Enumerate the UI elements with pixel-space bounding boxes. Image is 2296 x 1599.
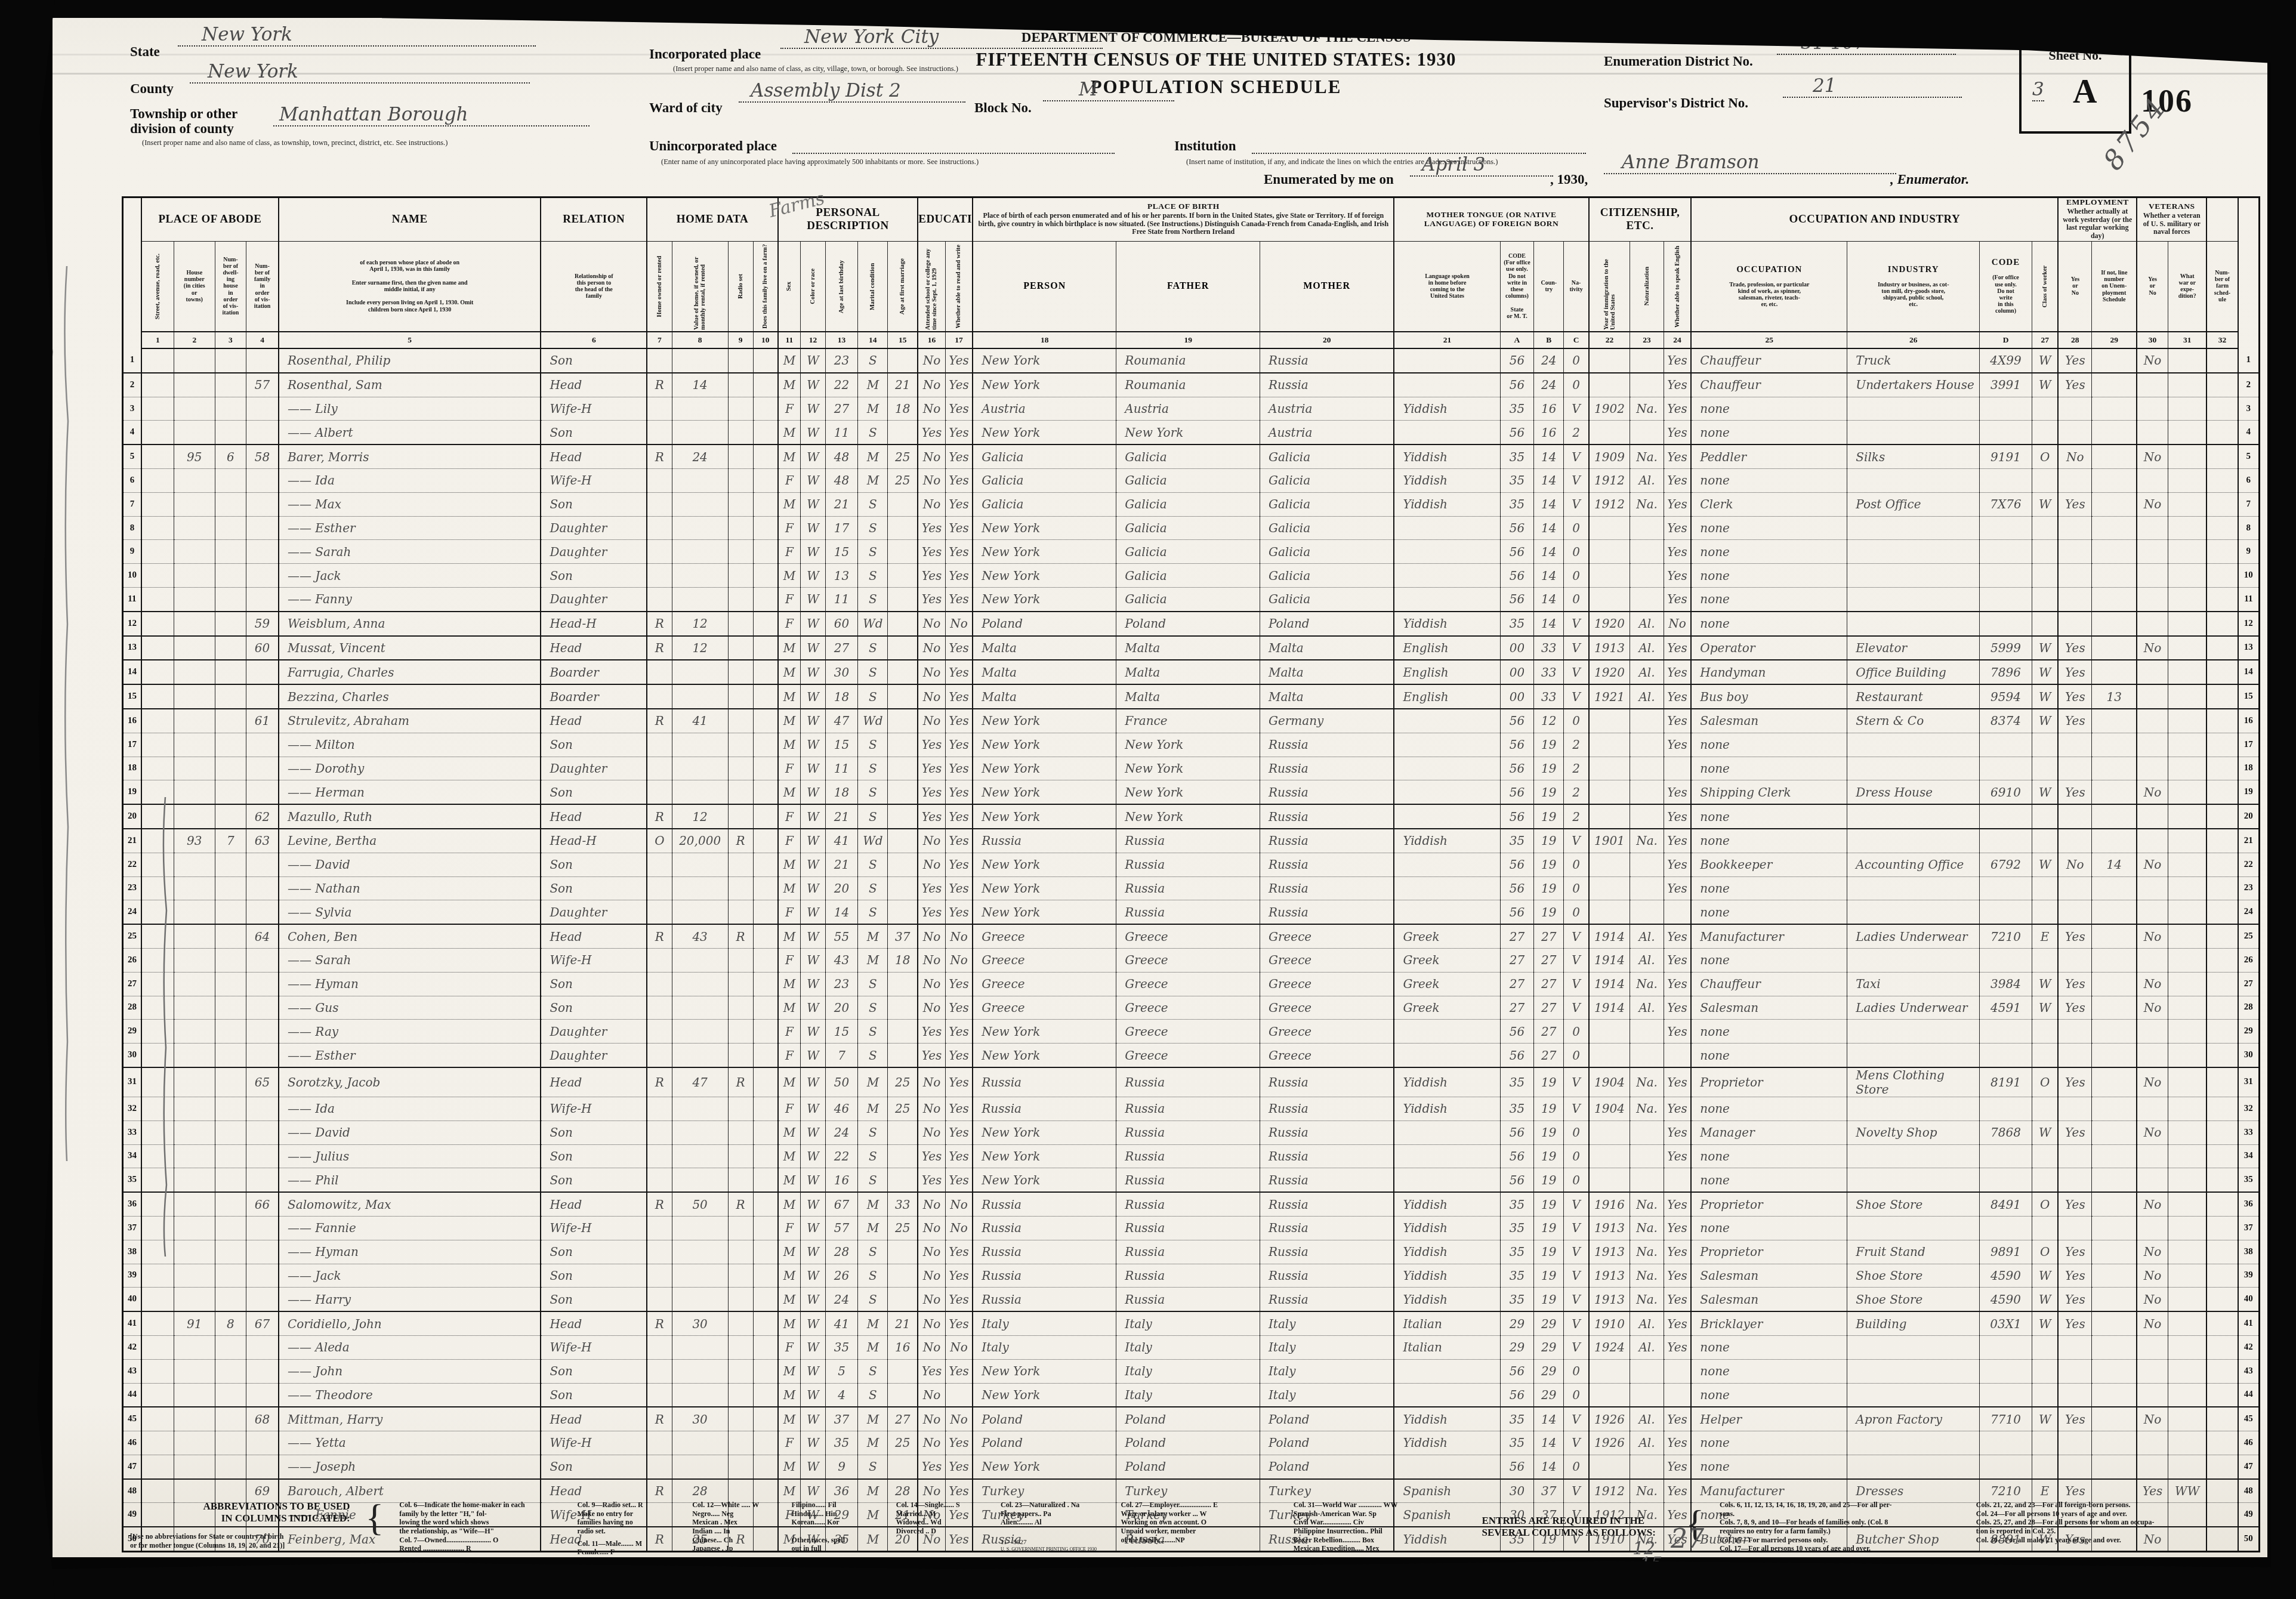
cell-col24 bbox=[1664, 900, 1691, 924]
cell-col24: Yes bbox=[1664, 829, 1691, 853]
cell-col11: M bbox=[778, 924, 801, 948]
cell-col13: 50 bbox=[825, 1067, 857, 1097]
cell-col24: Yes bbox=[1664, 1311, 1691, 1335]
enumerator-name: Anne Bramson bbox=[1604, 152, 1896, 174]
cell-col31 bbox=[2168, 373, 2206, 397]
cell-colA: 56 bbox=[1500, 853, 1533, 876]
cell-col24: Yes bbox=[1664, 1335, 1691, 1359]
column-group-header: EDUCATION bbox=[918, 197, 973, 242]
cell-colC: 0 bbox=[1564, 1455, 1589, 1478]
cell-col4 bbox=[246, 397, 279, 421]
cell-col32 bbox=[2206, 996, 2238, 1020]
line-number: 43 bbox=[123, 1359, 141, 1383]
cell-col4 bbox=[246, 1359, 279, 1383]
cell-col16: No bbox=[918, 1431, 945, 1455]
cell-col21: Yiddish bbox=[1394, 829, 1500, 853]
cell-colB: 19 bbox=[1534, 1144, 1564, 1168]
cell-col10 bbox=[753, 1192, 778, 1216]
cell-col25: none bbox=[1691, 397, 1847, 421]
line-number: 2 bbox=[123, 373, 141, 397]
line-number: 19 bbox=[123, 780, 141, 804]
cell-col19: Greece bbox=[1116, 972, 1260, 996]
cell-col9 bbox=[728, 564, 753, 588]
cell-col8: 28 bbox=[672, 1479, 728, 1503]
col-number-8: 8 bbox=[672, 332, 728, 348]
cell-col30: No bbox=[2137, 1192, 2168, 1216]
col-header-7: Home owned or rented bbox=[647, 242, 672, 332]
cell-colC: 0 bbox=[1564, 1168, 1589, 1192]
cell-col10 bbox=[753, 1168, 778, 1192]
cell-col7: R bbox=[647, 1192, 672, 1216]
cell-col2 bbox=[174, 972, 215, 996]
line-number: 28 bbox=[2238, 996, 2260, 1020]
cell-col19: Roumania bbox=[1116, 373, 1260, 397]
cell-colB: 19 bbox=[1534, 1264, 1564, 1288]
cell-col4 bbox=[246, 660, 279, 684]
cell-col17: Yes bbox=[945, 972, 973, 996]
cell-col29 bbox=[2092, 733, 2137, 757]
cell-col1 bbox=[141, 373, 174, 397]
line-number: 47 bbox=[2238, 1455, 2260, 1478]
cell-col25: Manufacturer bbox=[1691, 1479, 1847, 1503]
cell-col13: 28 bbox=[825, 1240, 857, 1264]
cell-col18: New York bbox=[973, 1044, 1116, 1067]
cell-col2 bbox=[174, 1335, 215, 1359]
cell-col2 bbox=[174, 1044, 215, 1067]
cell-col15 bbox=[888, 876, 918, 900]
line-number: 9 bbox=[2238, 540, 2260, 564]
cell-col21 bbox=[1394, 900, 1500, 924]
cell-col29 bbox=[2092, 1192, 2137, 1216]
cell-col16: Yes bbox=[918, 804, 945, 829]
cell-col6: Son bbox=[541, 1359, 647, 1383]
cell-colD bbox=[1980, 612, 2032, 636]
cell-colD bbox=[1980, 876, 2032, 900]
cell-col22 bbox=[1589, 1383, 1630, 1407]
cell-col4 bbox=[246, 900, 279, 924]
cell-col25: none bbox=[1691, 516, 1847, 540]
cell-col9 bbox=[728, 1431, 753, 1455]
cell-col12: W bbox=[801, 684, 826, 709]
line-number: 37 bbox=[2238, 1216, 2260, 1240]
cell-col13: 30 bbox=[825, 660, 857, 684]
cell-col15 bbox=[888, 636, 918, 660]
cell-colC: 0 bbox=[1564, 348, 1589, 373]
cell-col7 bbox=[647, 684, 672, 709]
line-number: 44 bbox=[2238, 1383, 2260, 1407]
cell-col21 bbox=[1394, 804, 1500, 829]
cell-col7 bbox=[647, 564, 672, 588]
table-row: 32—— IdaWife-HFW46M25NoYesRussiaRussiaRu… bbox=[123, 1097, 2260, 1120]
col-header-8: Value of home, if owned, or monthly rent… bbox=[672, 242, 728, 332]
cell-col20: Greece bbox=[1260, 996, 1394, 1020]
cell-col27 bbox=[2032, 1455, 2058, 1478]
cell-colB: 19 bbox=[1534, 1288, 1564, 1311]
cell-col18: New York bbox=[973, 1359, 1116, 1383]
cell-col26 bbox=[1847, 1383, 1980, 1407]
cell-col15 bbox=[888, 1020, 918, 1044]
cell-col30 bbox=[2137, 1359, 2168, 1383]
cell-col31 bbox=[2168, 397, 2206, 421]
cell-col31 bbox=[2168, 757, 2206, 780]
cell-col22 bbox=[1589, 1020, 1630, 1044]
cell-colA: 56 bbox=[1500, 348, 1533, 373]
cell-col6: Son bbox=[541, 1264, 647, 1288]
cell-col16: Yes bbox=[918, 1144, 945, 1168]
cell-col26 bbox=[1847, 948, 1980, 972]
table-row: 29—— RayDaughterFW15SYesYesNew YorkGreec… bbox=[123, 1020, 2260, 1044]
table-row: 595658Barer, MorrisHeadR24MW48M25NoYesGa… bbox=[123, 444, 2260, 468]
cell-col11: M bbox=[778, 1264, 801, 1288]
cell-col9 bbox=[728, 1097, 753, 1120]
cell-col18: New York bbox=[973, 1383, 1116, 1407]
cell-colB: 19 bbox=[1534, 900, 1564, 924]
cell-col8: 50 bbox=[672, 1192, 728, 1216]
line-number: 13 bbox=[123, 636, 141, 660]
scan-border-right bbox=[2271, 0, 2296, 1599]
cell-col15 bbox=[888, 516, 918, 540]
cell-col21 bbox=[1394, 1383, 1500, 1407]
cell-col26 bbox=[1847, 1359, 1980, 1383]
cell-col3 bbox=[215, 1044, 246, 1067]
cell-colB: 14 bbox=[1534, 469, 1564, 493]
cell-colC: 2 bbox=[1564, 804, 1589, 829]
cell-col2 bbox=[174, 1168, 215, 1192]
cell-col17: Yes bbox=[945, 1144, 973, 1168]
cell-col4 bbox=[246, 540, 279, 564]
sheet-letter: A bbox=[2073, 73, 2097, 111]
cell-col2 bbox=[174, 1020, 215, 1044]
cell-col4: 63 bbox=[246, 829, 279, 853]
cell-colB: 19 bbox=[1534, 876, 1564, 900]
cell-col26: Office Building bbox=[1847, 660, 1980, 684]
cell-col13: 15 bbox=[825, 540, 857, 564]
cell-col6: Son bbox=[541, 564, 647, 588]
cell-col22: 1920 bbox=[1589, 660, 1630, 684]
cell-col5: Barouch, Albert bbox=[279, 1479, 541, 1503]
cell-col29 bbox=[2092, 972, 2137, 996]
cell-col5: Rosenthal, Sam bbox=[279, 373, 541, 397]
cell-col4 bbox=[246, 972, 279, 996]
cell-col11: M bbox=[778, 373, 801, 397]
cell-col29 bbox=[2092, 709, 2137, 733]
cell-col4: 57 bbox=[246, 373, 279, 397]
col-header-12: Color or race bbox=[801, 242, 826, 332]
col-header-D: CODE (For office use only. Do not write … bbox=[1980, 242, 2032, 332]
cell-col29 bbox=[2092, 757, 2137, 780]
cell-col22: 1924 bbox=[1589, 1335, 1630, 1359]
col-number-2: 2 bbox=[174, 332, 215, 348]
cell-col1 bbox=[141, 1479, 174, 1503]
cell-col24: Yes bbox=[1664, 421, 1691, 444]
col-number-B: B bbox=[1534, 332, 1564, 348]
cell-col8 bbox=[672, 348, 728, 373]
cell-col32 bbox=[2206, 492, 2238, 516]
cell-colA: 35 bbox=[1500, 444, 1533, 468]
cell-col11: M bbox=[778, 1240, 801, 1264]
cell-col4: 66 bbox=[246, 1192, 279, 1216]
cell-col18: Russia bbox=[973, 1097, 1116, 1120]
cell-col9 bbox=[728, 1264, 753, 1288]
cell-col30: No bbox=[2137, 1288, 2168, 1311]
cell-col27: W bbox=[2032, 348, 2058, 373]
cell-col7 bbox=[647, 972, 672, 996]
cell-col13: 36 bbox=[825, 1479, 857, 1503]
cell-col16: Yes bbox=[918, 516, 945, 540]
cell-col32 bbox=[2206, 1044, 2238, 1067]
cell-col32 bbox=[2206, 1240, 2238, 1264]
cell-col26 bbox=[1847, 540, 1980, 564]
cell-col11: M bbox=[778, 348, 801, 373]
col-number-32: 32 bbox=[2206, 332, 2238, 348]
cell-col28 bbox=[2058, 1335, 2091, 1359]
cell-col12: W bbox=[801, 853, 826, 876]
col-header-29: If not, line number on Unem- ployment Sc… bbox=[2092, 242, 2137, 332]
cell-col32 bbox=[2206, 469, 2238, 493]
cell-col29 bbox=[2092, 1335, 2137, 1359]
cell-col30 bbox=[2137, 421, 2168, 444]
cell-colC: V bbox=[1564, 996, 1589, 1020]
cell-col3: 6 bbox=[215, 444, 246, 468]
cell-col30 bbox=[2137, 1044, 2168, 1067]
legend-col14: Col. 14—Single...... S Married... M Wido… bbox=[896, 1501, 985, 1536]
cell-colC: V bbox=[1564, 972, 1589, 996]
cell-colA: 29 bbox=[1500, 1311, 1533, 1335]
cell-col28: Yes bbox=[2058, 492, 2091, 516]
cell-col24: Yes bbox=[1664, 660, 1691, 684]
cell-col19: Russia bbox=[1116, 900, 1260, 924]
cell-col19: Italy bbox=[1116, 1311, 1260, 1335]
cell-col21 bbox=[1394, 1120, 1500, 1144]
cell-col22: 1914 bbox=[1589, 972, 1630, 996]
cell-col15 bbox=[888, 1044, 918, 1067]
cell-col13: 7 bbox=[825, 1044, 857, 1067]
cell-col6: Head bbox=[541, 804, 647, 829]
table-row: 26—— SarahWife-HFW43M18NoNoGreeceGreeceG… bbox=[123, 948, 2260, 972]
line-number: 14 bbox=[123, 660, 141, 684]
cell-colB: 16 bbox=[1534, 421, 1564, 444]
cell-col32 bbox=[2206, 900, 2238, 924]
cell-col29 bbox=[2092, 348, 2137, 373]
cell-colD: 5999 bbox=[1980, 636, 2032, 660]
cell-col13: 21 bbox=[825, 492, 857, 516]
legend-col27: Col. 27—Employer.................. E Wag… bbox=[1121, 1501, 1278, 1544]
cell-col15 bbox=[888, 972, 918, 996]
cell-col8: 12 bbox=[672, 804, 728, 829]
scan-border-bottom bbox=[0, 1558, 2296, 1599]
cell-colC: 0 bbox=[1564, 1359, 1589, 1383]
ward-value: Assembly Dist 2 bbox=[739, 80, 965, 103]
cell-col5: —— Lily bbox=[279, 397, 541, 421]
cell-col16: No bbox=[918, 348, 945, 373]
cell-col15 bbox=[888, 1288, 918, 1311]
cell-col8 bbox=[672, 684, 728, 709]
cell-col31 bbox=[2168, 1288, 2206, 1311]
cell-col18: Italy bbox=[973, 1311, 1116, 1335]
cell-colC: V bbox=[1564, 444, 1589, 468]
cell-colD bbox=[1980, 516, 2032, 540]
cell-colB: 37 bbox=[1534, 1479, 1564, 1503]
cell-col8 bbox=[672, 397, 728, 421]
col-number-1: 1 bbox=[141, 332, 174, 348]
line-number: 12 bbox=[2238, 612, 2260, 636]
line-number: 30 bbox=[123, 1044, 141, 1067]
cell-col19: Greece bbox=[1116, 948, 1260, 972]
cell-col2 bbox=[174, 1479, 215, 1503]
gpo-imprint: U. S. GOVERNMENT PRINTING OFFICE 1930 bbox=[1001, 1546, 1106, 1552]
cell-colB: 29 bbox=[1534, 1359, 1564, 1383]
cell-col15 bbox=[888, 1359, 918, 1383]
cell-col30 bbox=[2137, 900, 2168, 924]
cell-col12: W bbox=[801, 1192, 826, 1216]
cell-col9: R bbox=[728, 924, 753, 948]
col-number-30: 30 bbox=[2137, 332, 2168, 348]
cell-col6: Daughter bbox=[541, 757, 647, 780]
cell-col9 bbox=[728, 1044, 753, 1067]
cell-col3 bbox=[215, 757, 246, 780]
col-header-22: Year of immigration to the United States bbox=[1589, 242, 1630, 332]
enumerator-suffix: , Enumerator. bbox=[1890, 172, 1969, 187]
cell-col25: Proprietor bbox=[1691, 1192, 1847, 1216]
cell-colD: 4X99 bbox=[1980, 348, 2032, 373]
cell-col21: Italian bbox=[1394, 1335, 1500, 1359]
cell-col11: M bbox=[778, 1144, 801, 1168]
cell-col22 bbox=[1589, 1168, 1630, 1192]
cell-col13: 55 bbox=[825, 924, 857, 948]
cell-col4: 58 bbox=[246, 444, 279, 468]
cell-col16: No bbox=[918, 972, 945, 996]
cell-col2 bbox=[174, 1120, 215, 1144]
cell-col20: Italy bbox=[1260, 1383, 1394, 1407]
cell-col23 bbox=[1630, 564, 1664, 588]
cell-col10 bbox=[753, 948, 778, 972]
cell-col27 bbox=[2032, 876, 2058, 900]
cell-col18: New York bbox=[973, 516, 1116, 540]
cell-col11: M bbox=[778, 1288, 801, 1311]
col-header-15: Age at first marriage bbox=[888, 242, 918, 332]
table-row: 33—— DavidSonMW24SNoYesNew YorkRussiaRus… bbox=[123, 1120, 2260, 1144]
cell-col11: F bbox=[778, 1097, 801, 1120]
cell-col31 bbox=[2168, 709, 2206, 733]
cell-col26 bbox=[1847, 1431, 1980, 1455]
cell-col28 bbox=[2058, 1431, 2091, 1455]
cell-col20: Russia bbox=[1260, 1144, 1394, 1168]
cell-col16: No bbox=[918, 1311, 945, 1335]
cell-col31 bbox=[2168, 1264, 2206, 1288]
cell-col32 bbox=[2206, 636, 2238, 660]
cell-col9 bbox=[728, 1240, 753, 1264]
cell-col13: 11 bbox=[825, 588, 857, 612]
cell-col18: Greece bbox=[973, 996, 1116, 1020]
cell-col23 bbox=[1630, 1168, 1664, 1192]
col-number-15: 15 bbox=[888, 332, 918, 348]
cell-colB: 27 bbox=[1534, 1020, 1564, 1044]
cell-col17: Yes bbox=[945, 900, 973, 924]
cell-colA: 56 bbox=[1500, 1168, 1533, 1192]
cell-col25: none bbox=[1691, 829, 1847, 853]
col-header-5: of each person whose place of abode on A… bbox=[279, 242, 541, 332]
cell-col7 bbox=[647, 996, 672, 1020]
cell-col24: Yes bbox=[1664, 1431, 1691, 1455]
cell-col26 bbox=[1847, 1455, 1980, 1478]
cell-col20: Galicia bbox=[1260, 469, 1394, 493]
state-label: State bbox=[130, 44, 160, 60]
cell-colC: V bbox=[1564, 1192, 1589, 1216]
block-value: M bbox=[1043, 79, 1174, 101]
cell-col29 bbox=[2092, 1455, 2137, 1478]
cell-col16: No bbox=[918, 1240, 945, 1264]
cell-col32 bbox=[2206, 540, 2238, 564]
cell-col19: Russia bbox=[1116, 1264, 1260, 1288]
cell-col31 bbox=[2168, 540, 2206, 564]
cell-colD bbox=[1980, 1216, 2032, 1240]
cell-col3 bbox=[215, 900, 246, 924]
line-number: 9 bbox=[123, 540, 141, 564]
cell-col32 bbox=[2206, 397, 2238, 421]
cell-col24: Yes bbox=[1664, 516, 1691, 540]
cell-col15 bbox=[888, 780, 918, 804]
cell-col30 bbox=[2137, 1431, 2168, 1455]
cell-col31 bbox=[2168, 900, 2206, 924]
cell-col10 bbox=[753, 876, 778, 900]
cell-col23 bbox=[1630, 588, 1664, 612]
cell-col19: Italy bbox=[1116, 1335, 1260, 1359]
cell-col15: 21 bbox=[888, 373, 918, 397]
cell-col12: W bbox=[801, 1359, 826, 1383]
cell-col8 bbox=[672, 900, 728, 924]
column-group-header: PLACE OF BIRTHPlace of birth of each per… bbox=[973, 197, 1394, 242]
cell-col12: W bbox=[801, 469, 826, 493]
cell-col17: Yes bbox=[945, 780, 973, 804]
cell-col21 bbox=[1394, 564, 1500, 588]
cell-col27 bbox=[2032, 516, 2058, 540]
cell-col8 bbox=[672, 1359, 728, 1383]
cell-col19: Greece bbox=[1116, 1020, 1260, 1044]
cell-col26 bbox=[1847, 397, 1980, 421]
cell-col6: Head bbox=[541, 924, 647, 948]
cell-col12: W bbox=[801, 421, 826, 444]
cell-col11: M bbox=[778, 853, 801, 876]
cell-col8 bbox=[672, 1431, 728, 1455]
cell-col24: Yes bbox=[1664, 684, 1691, 709]
cell-col4 bbox=[246, 469, 279, 493]
cell-col14: S bbox=[858, 804, 888, 829]
cell-col5: —— Aleda bbox=[279, 1335, 541, 1359]
cell-col23: Al. bbox=[1630, 469, 1664, 493]
cell-col3 bbox=[215, 1455, 246, 1478]
cell-col4 bbox=[246, 1335, 279, 1359]
cell-col30: No bbox=[2137, 1067, 2168, 1097]
cell-col4 bbox=[246, 1144, 279, 1168]
cell-col2 bbox=[174, 853, 215, 876]
cell-col2 bbox=[174, 733, 215, 757]
cell-col15: 25 bbox=[888, 1097, 918, 1120]
line-number: 27 bbox=[123, 972, 141, 996]
cell-col7 bbox=[647, 588, 672, 612]
cell-col31 bbox=[2168, 1383, 2206, 1407]
cell-col24: Yes bbox=[1664, 348, 1691, 373]
cell-col28: Yes bbox=[2058, 1240, 2091, 1264]
cell-col3 bbox=[215, 421, 246, 444]
cell-col11: F bbox=[778, 1044, 801, 1067]
cell-col14: M bbox=[858, 1431, 888, 1455]
cell-col4 bbox=[246, 684, 279, 709]
cell-col22: 1926 bbox=[1589, 1431, 1630, 1455]
cell-colC: V bbox=[1564, 397, 1589, 421]
cell-col19: Galicia bbox=[1116, 564, 1260, 588]
cell-col17: Yes bbox=[945, 684, 973, 709]
cell-col7 bbox=[647, 1431, 672, 1455]
